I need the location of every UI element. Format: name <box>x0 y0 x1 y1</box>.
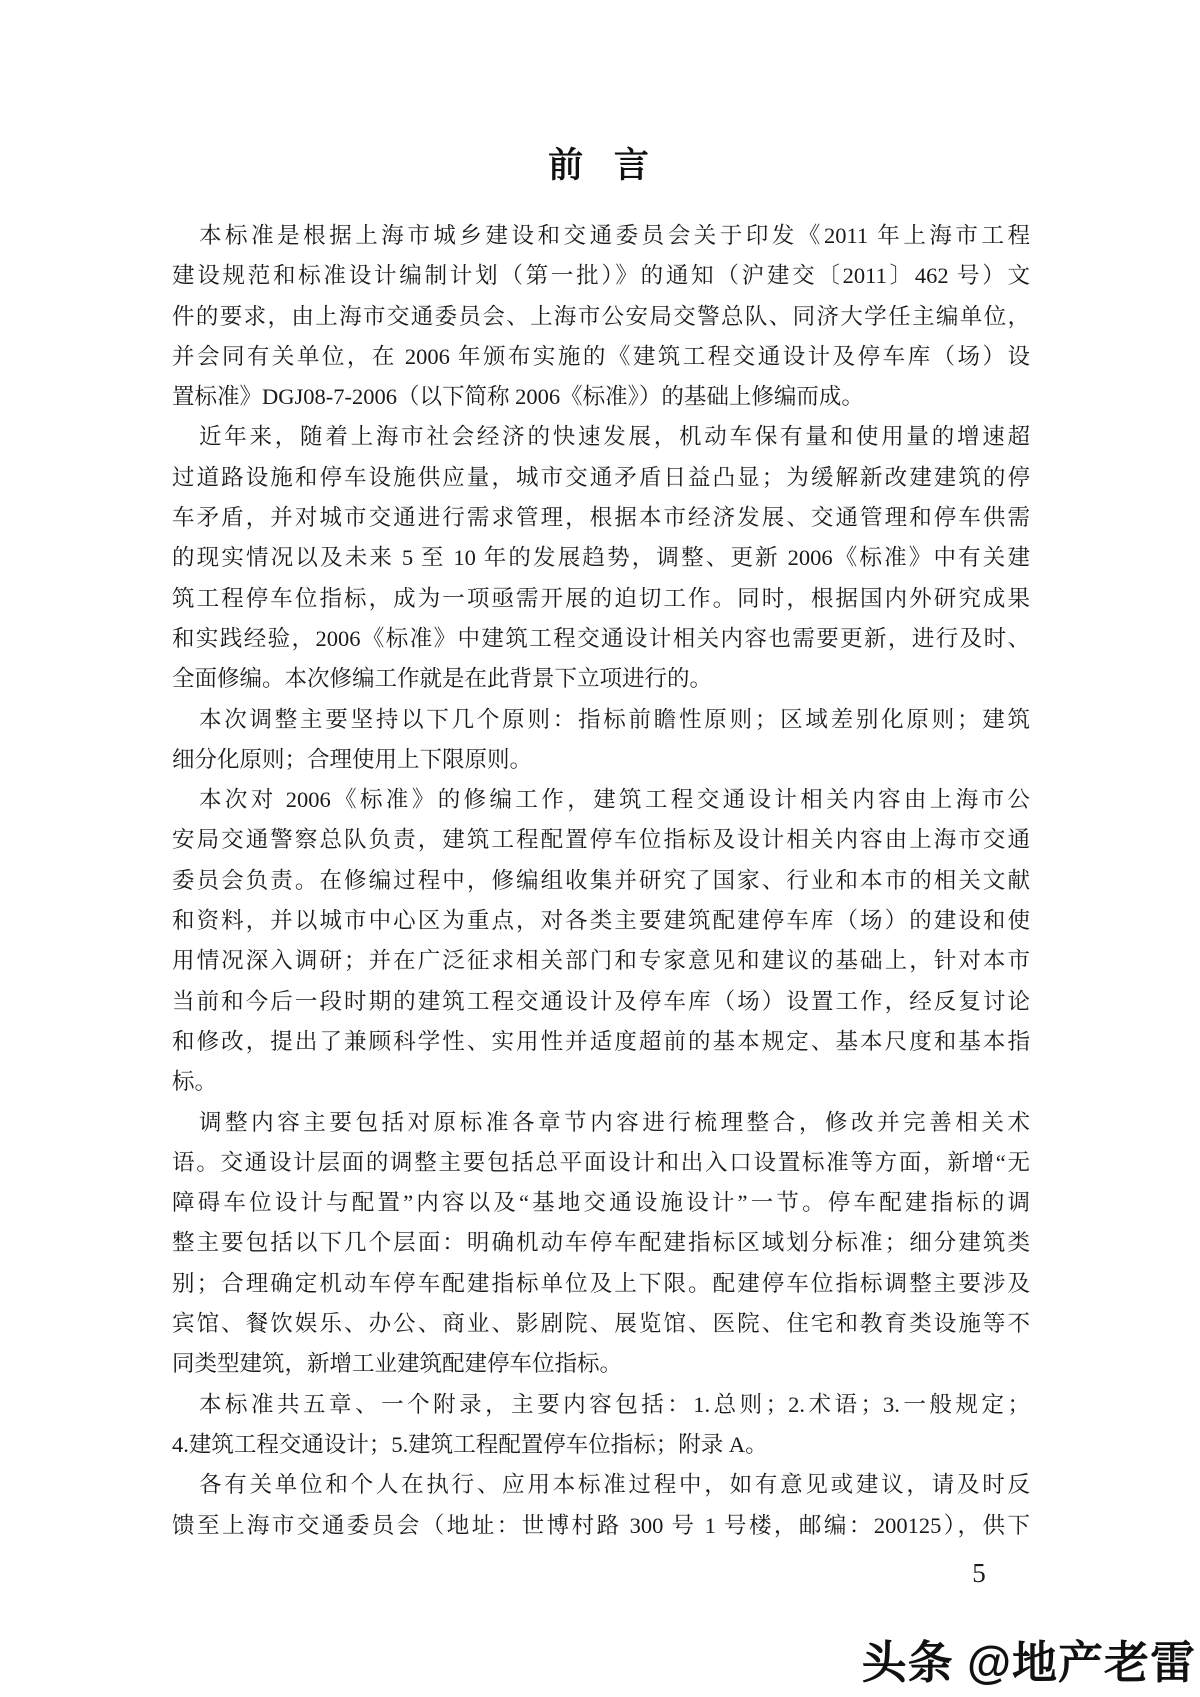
body-line: 和资料，并以城市中心区为重点，对各类主要建筑配建停车库（场）的建设和使 <box>172 901 1030 941</box>
body-line: 和修改，提出了兼顾科学性、实用性并适度超前的基本规定、基本尺度和基本指 <box>172 1022 1030 1062</box>
body-line: 本次调整主要坚持以下几个原则：指标前瞻性原则；区域差别化原则；建筑 <box>172 700 1030 740</box>
page-number: 5 <box>0 1558 1200 1589</box>
body-line: 语。交通设计层面的调整主要包括总平面设计和出入口设置标准等方面，新增“无 <box>172 1143 1030 1183</box>
body-line: 的现实情况以及未来 5 至 10 年的发展趋势，调整、更新 2006《标准》中有… <box>172 538 1030 578</box>
body-line: 4.建筑工程交通设计；5.建筑工程配置停车位指标；附录 A。 <box>172 1425 1030 1465</box>
body-line: 细分化原则；合理使用上下限原则。 <box>172 740 1030 780</box>
body-line: 整主要包括以下几个层面：明确机动车停车配建指标区域划分标准；细分建筑类 <box>172 1223 1030 1263</box>
body-line: 建设规范和标准设计编制计划（第一批）》的通知（沪建交〔2011〕462 号）文 <box>172 256 1030 296</box>
body-line: 车矛盾，并对城市交通进行需求管理，根据本市经济发展、交通管理和停车供需 <box>172 498 1030 538</box>
body-line: 各有关单位和个人在执行、应用本标准过程中，如有意见或建议，请及时反 <box>172 1465 1030 1505</box>
watermark: 头条 @地产老雷 <box>862 1626 1196 1691</box>
body-line: 馈至上海市交通委员会（地址：世博村路 300 号 1 号楼，邮编：200125）… <box>172 1506 1030 1546</box>
body-line: 当前和今后一段时期的建筑工程交通设计及停车库（场）设置工作，经反复讨论 <box>172 982 1030 1022</box>
body-line: 件的要求，由上海市交通委员会、上海市公安局交警总队、同济大学任主编单位， <box>172 297 1030 337</box>
page-title: 前 言 <box>0 138 1200 188</box>
body-line: 安局交通警察总队负责，建筑工程配置停车位指标及设计相关内容由上海市交通 <box>172 820 1030 860</box>
body-line: 别；合理确定机动车停车配建指标单位及上下限。配建停车位指标调整主要涉及 <box>172 1264 1030 1304</box>
document-body: 本标准是根据上海市城乡建设和交通委员会关于印发《2011 年上海市工程 建设规范… <box>172 216 1030 1546</box>
body-line: 委员会负责。在修编过程中，修编组收集并研究了国家、行业和本市的相关文献 <box>172 861 1030 901</box>
body-line: 和实践经验，2006《标准》中建筑工程交通设计相关内容也需要更新，进行及时、 <box>172 619 1030 659</box>
body-line: 本标准是根据上海市城乡建设和交通委员会关于印发《2011 年上海市工程 <box>172 216 1030 256</box>
body-line: 置标准》DGJ08-7-2006（以下简称 2006《标准》）的基础上修编而成。 <box>172 377 1030 417</box>
document-page: 前 言 本标准是根据上海市城乡建设和交通委员会关于印发《2011 年上海市工程 … <box>0 0 1200 1697</box>
body-line: 标。 <box>172 1062 1030 1102</box>
body-line: 调整内容主要包括对原标准各章节内容进行梳理整合，修改并完善相关术 <box>172 1103 1030 1143</box>
body-line: 宾馆、餐饮娱乐、办公、商业、影剧院、展览馆、医院、住宅和教育类设施等不 <box>172 1304 1030 1344</box>
body-line: 本次对 2006《标准》的修编工作，建筑工程交通设计相关内容由上海市公 <box>172 780 1030 820</box>
body-line: 用情况深入调研；并在广泛征求相关部门和专家意见和建议的基础上，针对本市 <box>172 941 1030 981</box>
body-line: 本标准共五章、一个附录，主要内容包括：1.总则；2.术语；3.一般规定； <box>172 1385 1030 1425</box>
body-line: 近年来，随着上海市社会经济的快速发展，机动车保有量和使用量的增速超 <box>172 417 1030 457</box>
body-line: 全面修编。本次修编工作就是在此背景下立项进行的。 <box>172 659 1030 699</box>
body-line: 同类型建筑，新增工业建筑配建停车位指标。 <box>172 1344 1030 1384</box>
body-line: 并会同有关单位，在 2006 年颁布实施的《建筑工程交通设计及停车库（场）设 <box>172 337 1030 377</box>
body-line: 筑工程停车位指标，成为一项亟需开展的迫切工作。同时，根据国内外研究成果 <box>172 579 1030 619</box>
body-line: 过道路设施和停车设施供应量，城市交通矛盾日益凸显；为缓解新改建建筑的停 <box>172 458 1030 498</box>
body-line: 障碍车位设计与配置”内容以及“基地交通设施设计”一节。停车配建指标的调 <box>172 1183 1030 1223</box>
